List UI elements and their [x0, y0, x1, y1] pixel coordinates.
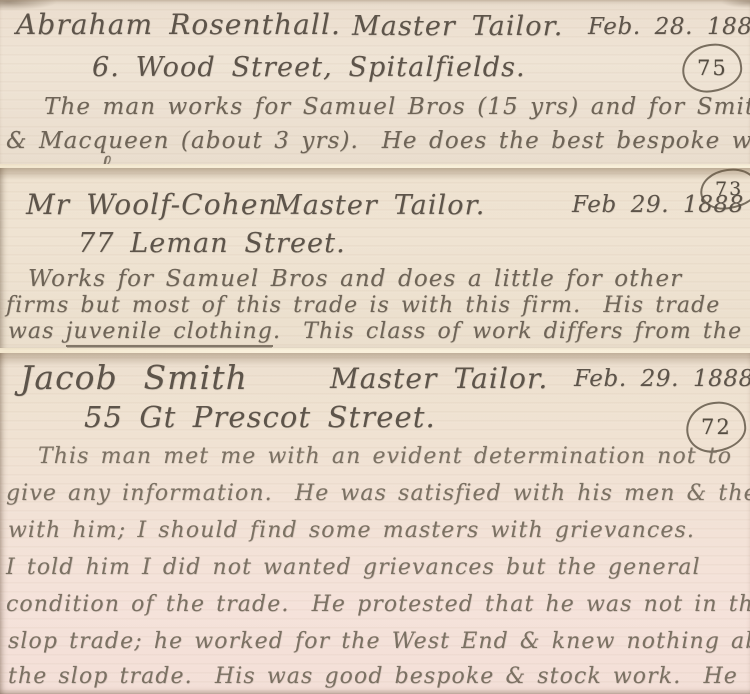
ref-number-circle: 75	[679, 41, 744, 96]
entry-date: Feb 29. 1888	[572, 192, 744, 218]
entry-occupation: Master Tailor.	[352, 11, 563, 42]
body-line: firms but most of this trade is with thi…	[6, 293, 720, 318]
entry-name: Abraham Rosenthall.	[16, 8, 341, 41]
ref-number: 75	[697, 56, 728, 80]
entry-address: 77 Leman Street.	[78, 228, 346, 259]
body-line-pre: was	[8, 319, 66, 344]
scan-strip-3: Jacob Smith Master Tailor. Feb. 29. 1888…	[0, 348, 750, 694]
body-line: slop trade; he worked for the West End &…	[8, 629, 750, 654]
entry-address: 6. Wood Street, Spitalfields.	[92, 52, 526, 83]
body-line: give any information. He was satisfied w…	[6, 481, 750, 506]
body-line: was juvenile clothing. This class of wor…	[8, 319, 742, 344]
entry-name: Mr Woolf-Cohen	[26, 188, 278, 221]
body-line-post: . This class of work differs from the	[273, 319, 742, 344]
body-line: The man works for Samuel Bros (15 yrs) a…	[44, 94, 750, 120]
entry-name: Jacob Smith	[20, 358, 248, 397]
body-line: condition of the trade. He protested tha…	[6, 592, 750, 617]
scan-strip-1: Abraham Rosenthall. Master Tailor. Feb. …	[0, 0, 750, 164]
body-line: I told him I did not wanted grievances b…	[6, 555, 701, 580]
document-scan: Abraham Rosenthall. Master Tailor. Feb. …	[0, 0, 750, 694]
scan-strip-2: 73 Mr Woolf-Cohen Master Tailor. Feb 29.…	[0, 164, 750, 348]
body-line: the slop trade. His was good bespoke & s…	[8, 664, 738, 689]
body-line: Works for Samuel Bros and does a little …	[28, 266, 682, 292]
body-line: with him; I should find some masters wit…	[8, 518, 695, 543]
entry-address: 55 Gt Prescot Street.	[84, 400, 436, 434]
underlined-phrase: juvenile clothing	[66, 319, 273, 347]
entry-occupation: Master Tailor.	[274, 190, 485, 221]
clipped-line-fragment: ℓ	[100, 150, 112, 164]
entry-date: Feb. 28. 1888.	[588, 14, 750, 40]
ref-number: 72	[701, 415, 732, 439]
entry-date: Feb. 29. 1888	[574, 366, 750, 392]
body-line: This man met me with an evident determin…	[38, 444, 732, 469]
entry-occupation: Master Tailor.	[330, 362, 548, 395]
body-line: & Macqueen (about 3 yrs). He does the be…	[6, 128, 750, 154]
